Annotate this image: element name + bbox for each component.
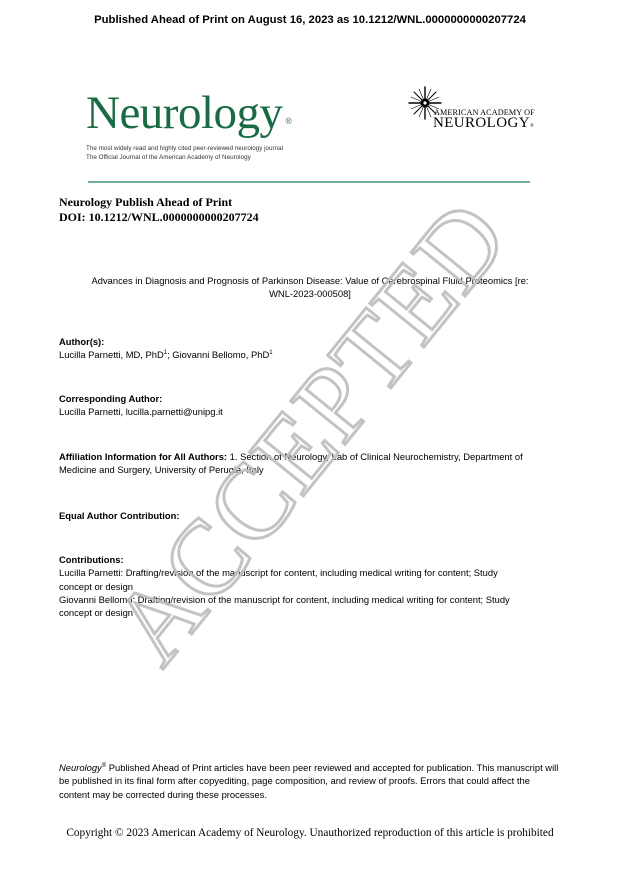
contribution-item: Lucilla Parnetti: Drafting/revision of t… <box>59 566 529 593</box>
contributions-label: Contributions: <box>59 553 529 566</box>
registered-mark: ® <box>530 124 534 129</box>
aan-logo: AMERICAN ACADEMY OF NEUROLOGY® <box>406 86 546 136</box>
contribution-item: Giovanni Bellomo: Drafting/revision of t… <box>59 593 529 620</box>
corresponding-author-value: Lucilla Parnetti, lucilla.parnetti@unipg… <box>59 405 529 418</box>
publication-banner: Published Ahead of Print on August 16, 2… <box>0 14 620 26</box>
doi-line: DOI: 10.1212/WNL.0000000000207724 <box>59 210 259 225</box>
corresponding-author-section: Corresponding Author: Lucilla Parnetti, … <box>59 392 529 419</box>
logo-tagline-1: The most widely read and highly cited pe… <box>86 144 283 153</box>
logo-tagline-2: The Official Journal of the American Aca… <box>86 153 283 162</box>
author-name: Giovanni Bellomo, PhD <box>172 349 269 360</box>
authors-label: Author(s): <box>59 335 529 348</box>
disclaimer-journal-name: Neurology <box>59 762 102 773</box>
article-title-line-2: WNL-2023-000508] <box>55 287 565 300</box>
article-title: Advances in Diagnosis and Prognosis of P… <box>55 274 565 301</box>
affiliation-label: Affiliation Information for All Authors: <box>59 451 227 462</box>
equal-contribution-label: Equal Author Contribution: <box>59 509 529 522</box>
authors-list: Lucilla Parnetti, MD, PhD1; Giovanni Bel… <box>59 348 529 361</box>
publish-ahead-disclaimer: Neurology® Published Ahead of Print arti… <box>59 761 559 801</box>
disclaimer-text: Published Ahead of Print articles have b… <box>59 762 558 800</box>
registered-mark: ® <box>285 98 291 144</box>
publish-ahead-title: Neurology Publish Ahead of Print <box>59 195 259 210</box>
aan-logo-line-2: NEUROLOGY® <box>433 115 534 132</box>
publish-ahead-header: Neurology Publish Ahead of Print DOI: 10… <box>59 195 259 225</box>
authors-section: Author(s): Lucilla Parnetti, MD, PhD1; G… <box>59 335 529 362</box>
contributions-section: Contributions: Lucilla Parnetti: Draftin… <box>59 553 529 619</box>
header-divider <box>88 181 530 183</box>
author-name: Lucilla Parnetti, MD, PhD <box>59 349 164 360</box>
equal-contribution-section: Equal Author Contribution: <box>59 509 529 522</box>
logo-wordmark-text: Neurology <box>86 87 283 139</box>
aan-logo-name: NEUROLOGY <box>433 115 530 131</box>
neurology-journal-logo: Neurology® The most widely read and high… <box>86 90 283 162</box>
author-affiliation-ref: 1 <box>269 350 272 356</box>
logo-wordmark: Neurology® <box>86 90 283 136</box>
corresponding-author-label: Corresponding Author: <box>59 392 529 405</box>
affiliation-section: Affiliation Information for All Authors:… <box>59 450 529 477</box>
article-title-line-1: Advances in Diagnosis and Prognosis of P… <box>55 274 565 287</box>
copyright-notice: Copyright © 2023 American Academy of Neu… <box>0 827 620 839</box>
